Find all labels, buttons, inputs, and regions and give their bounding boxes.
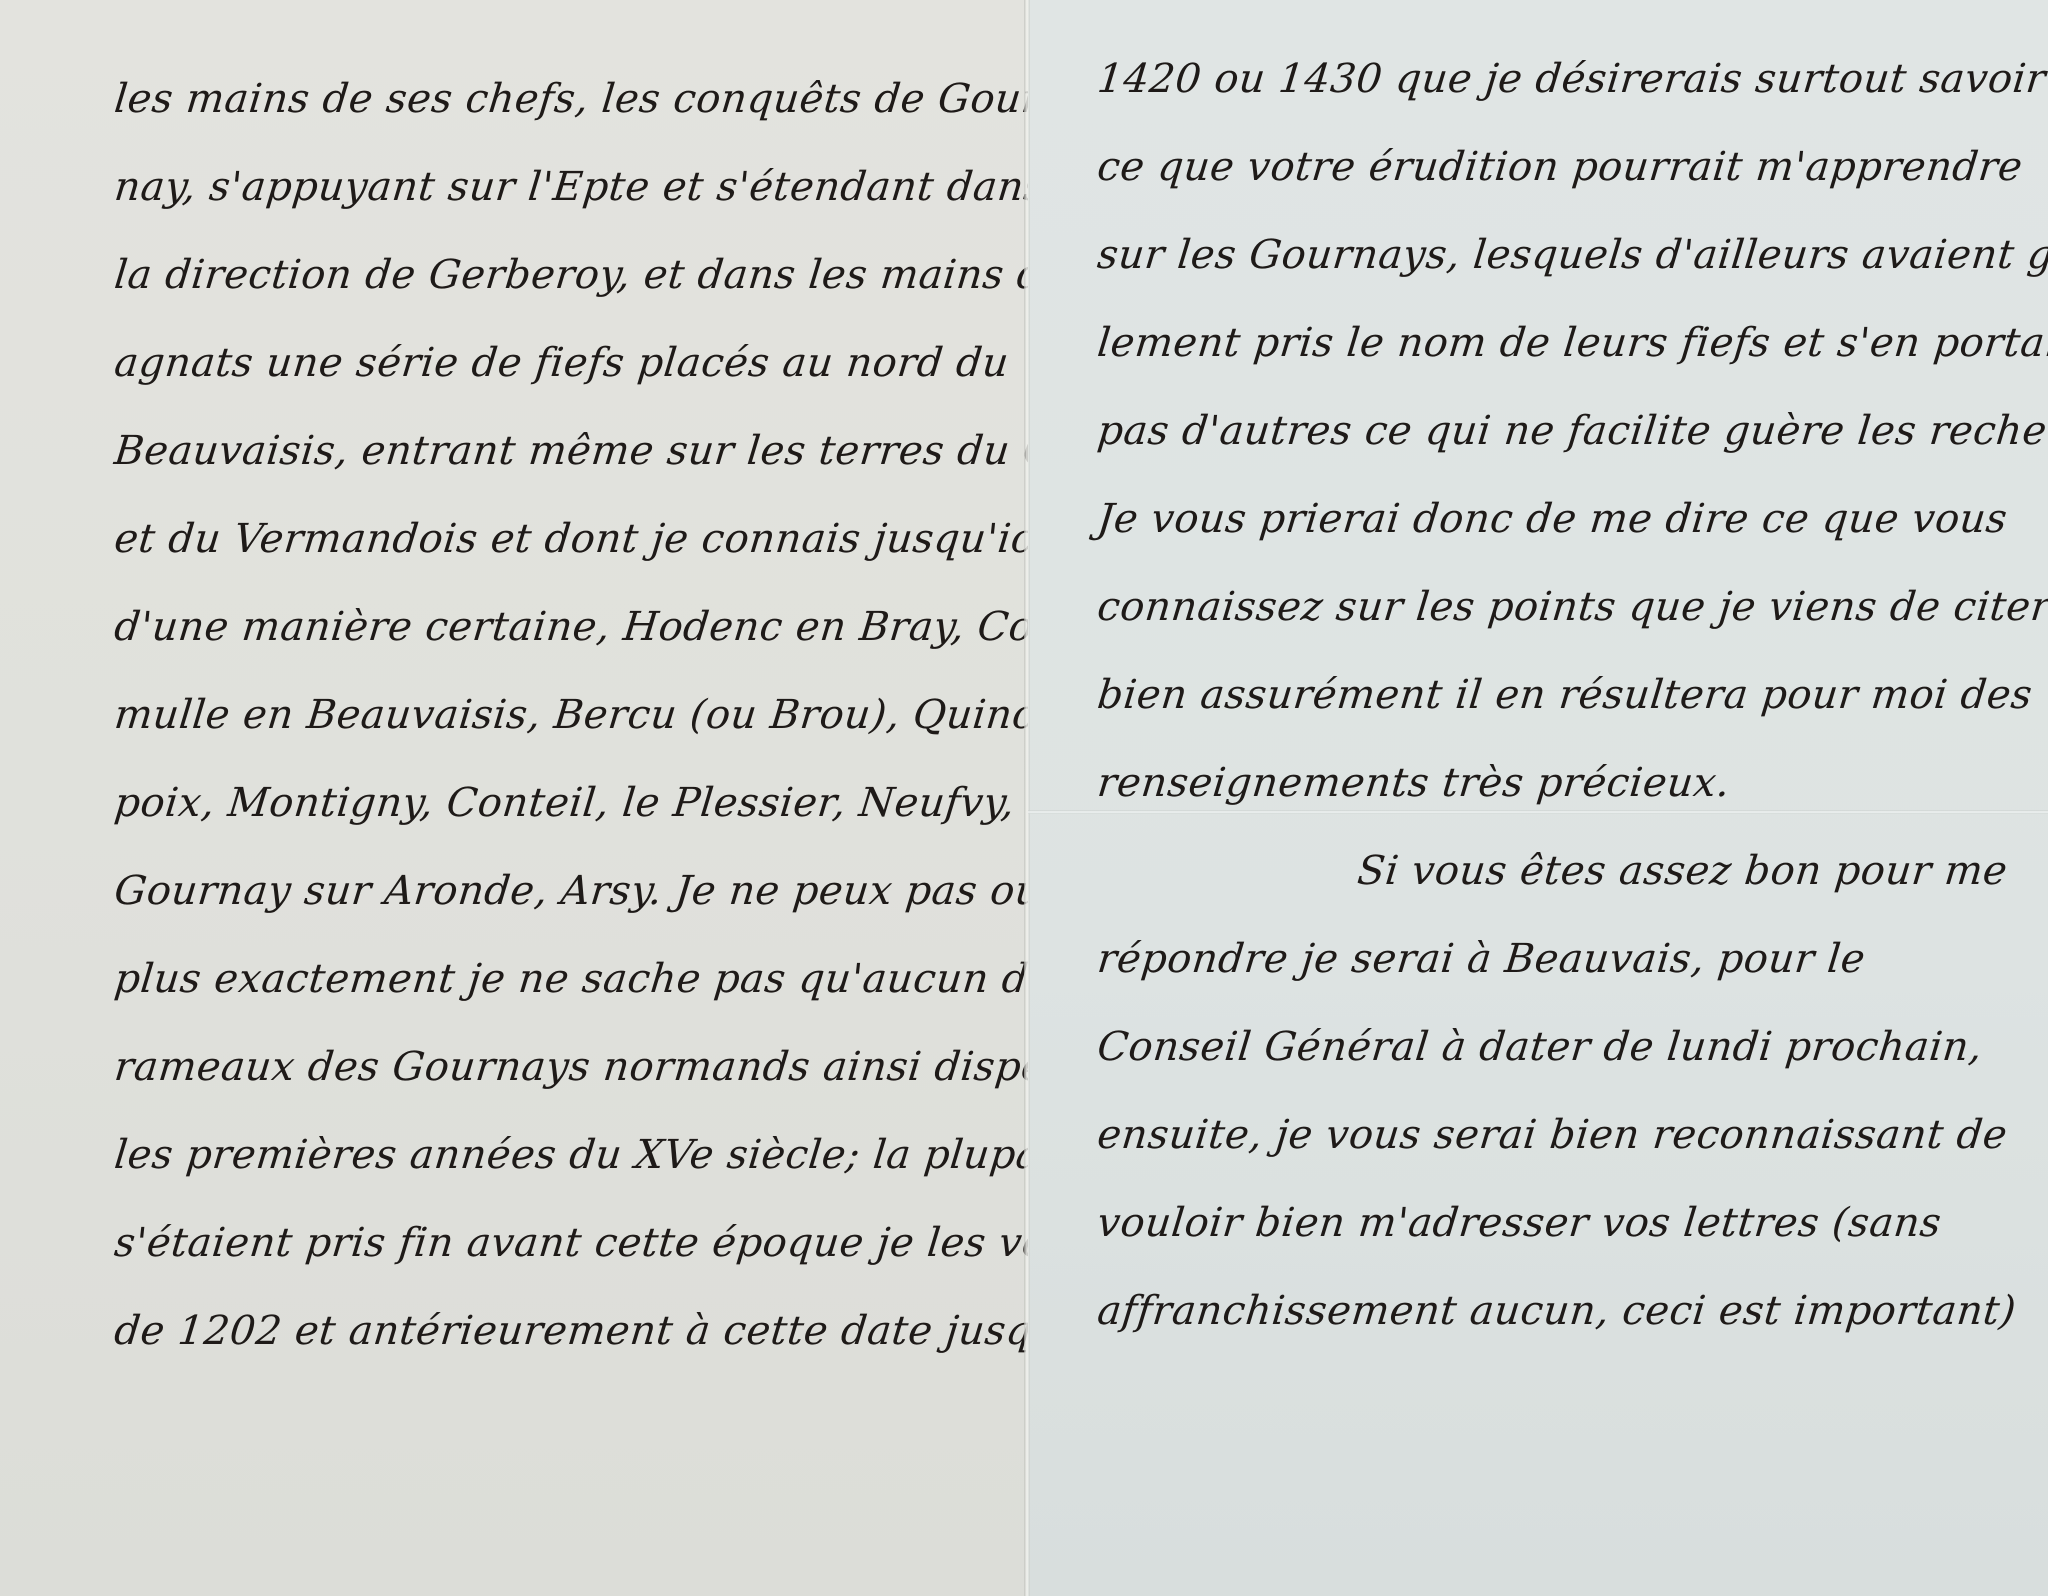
handwritten-line: affranchissement aucun, ceci est importa… [1093, 1267, 2022, 1355]
right-page-text: 1420 ou 1430 que je désirerais surtout s… [1093, 35, 2013, 1355]
handwritten-line: ensuite, je vous serai bien reconnaissan… [1093, 1091, 2022, 1179]
handwritten-line: 1420 ou 1430 que je désirerais surtout s… [1093, 35, 2022, 123]
handwritten-line: d'une manière certaine, Hodenc en Bray, … [110, 583, 1019, 671]
handwritten-line: Gournay sur Aronde, Arsy. Je ne peux pas… [110, 847, 1019, 935]
handwritten-line: connaissez sur les points que je viens d… [1093, 563, 2022, 651]
handwritten-line: la direction de Gerberoy, et dans les ma… [110, 231, 1019, 319]
handwritten-line: bien assurément il en résultera pour moi… [1093, 651, 2022, 739]
letter-spread: les mains de ses chefs, les conquêts de … [0, 0, 2048, 1596]
handwritten-line: plus exactement je ne sache pas qu'aucun… [110, 935, 1019, 1023]
handwritten-line: nay, s'appuyant sur l'Epte et s'étendant… [110, 143, 1019, 231]
handwritten-line: et du Vermandois et dont je connais jusq… [110, 495, 1019, 583]
handwritten-line: sur les Gournays, lesquels d'ailleurs av… [1093, 211, 2022, 299]
handwritten-line: s'étaient pris fin avant cette époque je… [110, 1199, 1019, 1287]
handwritten-line: poix, Montigny, Conteil, le Plessier, Ne… [110, 759, 1019, 847]
left-page: les mains de ses chefs, les conquêts de … [0, 0, 1028, 1596]
handwritten-line: rameaux des Gournays normands ainsi disp… [110, 1023, 1019, 1111]
handwritten-line: les premières années du XVe siècle; la p… [110, 1111, 1019, 1199]
handwritten-line: répondre je serai à Beauvais, pour le [1093, 915, 2022, 1003]
handwritten-line: vouloir bien m'adresser vos lettres (san… [1093, 1179, 2022, 1267]
handwritten-line: de 1202 et antérieurement à cette date j… [110, 1287, 1019, 1375]
handwritten-line: ce que votre érudition pourrait m'appren… [1093, 123, 2022, 211]
handwritten-line: agnats une série de fiefs placés au nord… [110, 319, 1019, 407]
handwritten-line: Je vous prierai donc de me dire ce que v… [1093, 475, 2022, 563]
horizontal-crease [1028, 810, 2048, 814]
center-fold [1024, 0, 1030, 1596]
handwritten-line-indented: Si vous êtes assez bon pour me [1093, 827, 2022, 915]
handwritten-line: pas d'autres ce qui ne facilite guère le… [1093, 387, 2022, 475]
handwritten-line: lement pris le nom de leurs fiefs et s'e… [1093, 299, 2022, 387]
right-page: 1420 ou 1430 que je désirerais surtout s… [1028, 0, 2048, 1596]
handwritten-line: les mains de ses chefs, les conquêts de … [110, 55, 1019, 143]
handwritten-line: Beauvaisis, entrant même sur les terres … [110, 407, 1019, 495]
handwritten-line: Conseil Général à dater de lundi prochai… [1093, 1003, 2022, 1091]
left-page-text: les mains de ses chefs, les conquêts de … [110, 55, 1010, 1375]
handwritten-line: mulle en Beauvaisis, Bercu (ou Brou), Qu… [110, 671, 1019, 759]
